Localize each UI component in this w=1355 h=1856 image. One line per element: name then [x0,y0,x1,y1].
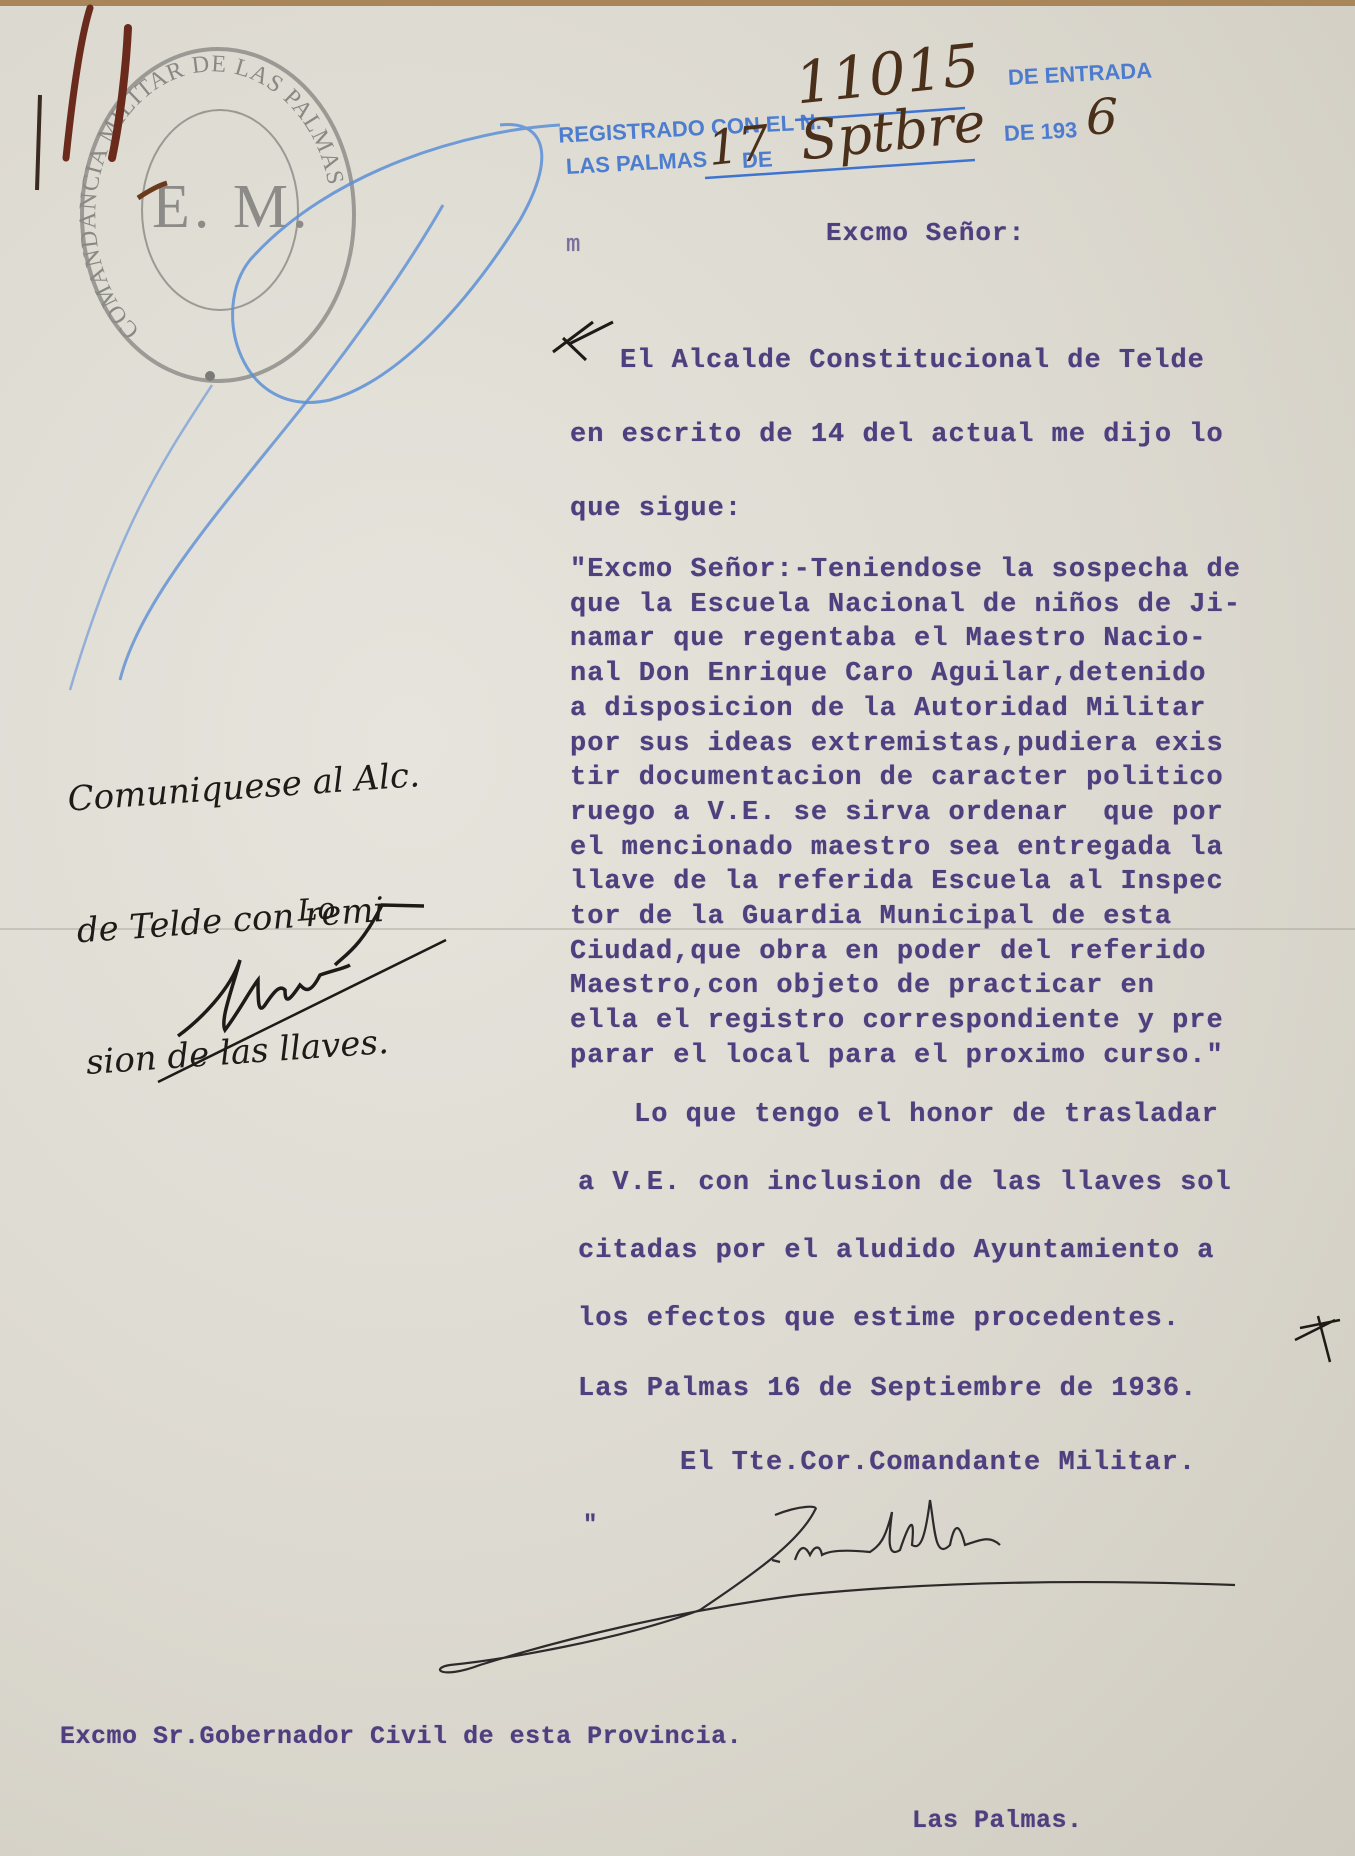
salutation: Excmo Señor: [826,218,1025,248]
margin-note-line: Comuniquese al Alc. [66,753,421,822]
paragraph1-line: que sigue: [570,494,742,524]
paragraph2-line: a V.E. con inclusion de las llaves sol [578,1168,1232,1198]
quoted-line: "Excmo Señor:-Teniendose la sospecha de [570,553,1241,588]
registry-year-digit: 6 [1086,88,1118,146]
addressee: Excmo Sr.Gobernador Civil de esta Provin… [60,1722,742,1751]
margin-note-line: de Telde con remi [75,885,430,954]
date-line: Las Palmas 16 de Septiembre de 1936. [578,1374,1197,1404]
page-top-edge [0,0,1355,6]
quoted-line: ella el registro correspondiente y pre [570,1004,1241,1039]
paragraph1-line: en escrito de 14 del actual me dijo lo [570,420,1224,450]
paragraph2-line: los efectos que estime procedentes. [578,1304,1180,1334]
registry-day: 17 [705,115,772,177]
quoted-line: tor de la Guardia Municipal de esta [570,900,1241,935]
quoted-line: por sus ideas extremistas,pudiera exis [570,727,1241,762]
quoted-letter: "Excmo Señor:-Teniendose la sospecha de … [570,553,1241,1074]
addressee-city: Las Palmas. [912,1806,1083,1835]
typed-quote-mark: " [583,1512,598,1539]
quoted-line: que la Escuela Nacional de niños de Ji- [570,588,1241,623]
quoted-line: llave de la referida Escuela al Inspec [570,865,1241,900]
margin-note-line: sion de las llaves. [85,1017,440,1086]
quoted-line: el mencionado maestro sea entregada la [570,831,1241,866]
quoted-line: namar que regentaba el Maestro Nacio- [570,622,1241,657]
quoted-line: Maestro,con objeto de practicar en [570,969,1241,1004]
margin-initials: Lo [296,887,337,934]
quoted-line: Ciudad,que obra en poder del referido [570,935,1241,970]
margin-note: Comuniquese al Alc. de Telde con remi si… [60,665,446,1172]
quoted-line: parar el local para el proximo curso." [570,1039,1241,1074]
quoted-line: ruego a V.E. se sirva ordenar que por [570,796,1241,831]
quoted-line: a disposicion de la Autoridad Militar [570,692,1241,727]
paragraph2-line: citadas por el aludido Ayuntamiento a [578,1236,1215,1266]
document-page: COMANDANCIA MILITAR DE LAS PALMAS E. M. … [0,0,1355,1856]
quoted-line: tir documentacion de caracter politico [570,761,1241,796]
registry-suffix: DE ENTRADA [1007,57,1152,91]
registry-prefix: REGISTRADO CON EL N. [558,109,823,148]
seal-center-text: E. M. [152,172,312,243]
typed-mark: m [566,232,581,259]
registry-year-prefix: DE 193 [1003,117,1078,147]
paragraph1-line: El Alcalde Constitucional de Telde [620,346,1205,376]
signatory-title: El Tte.Cor.Comandante Militar. [680,1448,1196,1478]
paragraph2-line: Lo que tengo el honor de trasladar [634,1100,1219,1130]
quoted-line: nal Don Enrique Caro Aguilar,detenido [570,657,1241,692]
